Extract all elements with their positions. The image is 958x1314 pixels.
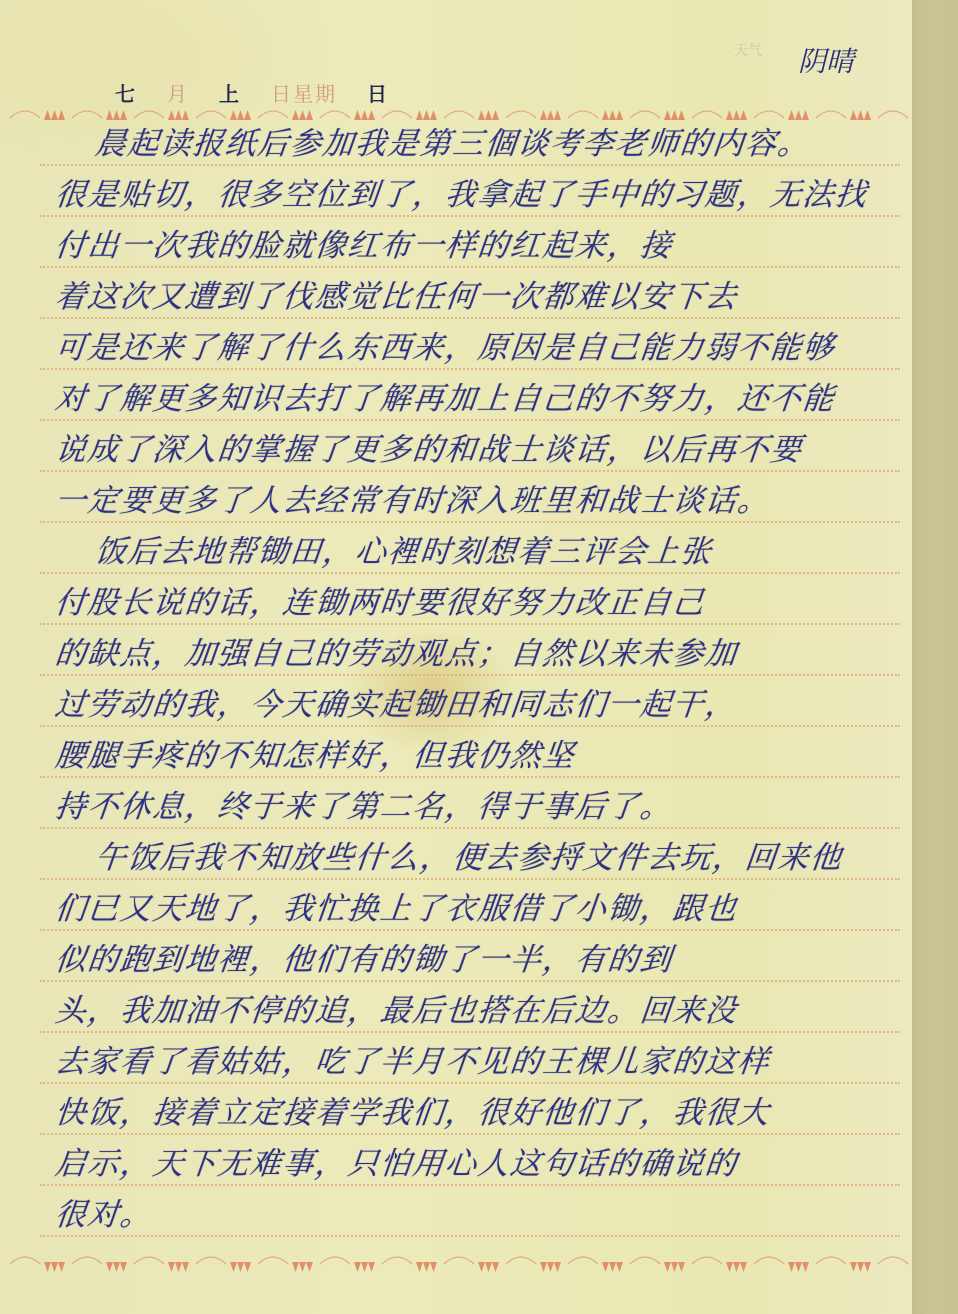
- ruled-line: [40, 521, 900, 523]
- ruled-line: [40, 164, 900, 166]
- weather-label: 天气: [734, 40, 762, 60]
- handwritten-line: 快饭，接着立定接着学我们，很好他们了，我很大: [53, 1093, 917, 1133]
- ruled-line: [40, 1184, 900, 1186]
- ruled-line: [40, 470, 900, 472]
- ruled-line: [40, 827, 900, 829]
- handwritten-line: 启示，天下无难事，只怕用心人这句话的确说的: [53, 1144, 917, 1184]
- handwritten-line: 晨起读报纸后参加我是第三個谈考李老师的内容。: [53, 124, 957, 164]
- next-page-edge: [912, 0, 958, 1314]
- handwritten-line: 头，我加油不停的追，最后也搭在后边。回来没: [53, 991, 917, 1031]
- handwritten-line: 饭后去地帮锄田，心裡时刻想着三评会上张: [53, 532, 957, 572]
- ruled-line: [40, 572, 900, 574]
- diary-page: 七 月 上 日星期 日 天气 阴晴 晨起读报纸后参加我是第三個谈考李老师的内容。…: [0, 0, 912, 1314]
- ruled-line: [40, 878, 900, 880]
- handwritten-line: 去家看了看姑姑，吃了半月不见的王棵儿家的这样: [53, 1042, 917, 1082]
- handwritten-line: 午饭后我不知放些什么，便去参捋文件去玩，回来他: [53, 838, 957, 878]
- handwritten-line: 对了解更多知识去打了解再加上自己的不努力，还不能: [53, 379, 917, 419]
- ruled-line: [40, 368, 900, 370]
- handwritten-line: 很对。: [53, 1195, 917, 1235]
- handwritten-line: 可是还来了解了什么东西来，原因是自己能力弱不能够: [53, 328, 917, 368]
- ruled-line: [40, 980, 900, 982]
- ruled-line: [40, 266, 900, 268]
- handwritten-line: 付股长说的话，连锄两时要很好努力改正自己: [53, 583, 917, 623]
- handwritten-line: 一定要更多了人去经常有时深入班里和战士谈话。: [53, 481, 917, 521]
- ruled-line: [40, 1133, 900, 1135]
- handwritten-line: 很是贴切，很多空位到了，我拿起了手中的习题，无法找: [53, 175, 917, 215]
- handwritten-line: 腰腿手疼的不知怎样好，但我仍然坚: [53, 736, 917, 776]
- top-ornament-border: [0, 78, 912, 100]
- handwritten-line: 们已又天地了，我忙换上了衣服借了小锄，跟也: [53, 889, 917, 929]
- weather-entry: 阴晴: [798, 40, 854, 80]
- ruled-line: [40, 1082, 900, 1084]
- ruled-line: [40, 623, 900, 625]
- handwritten-line: 过劳动的我，今天确实起锄田和同志们一起干，: [53, 685, 917, 725]
- bottom-ornament-border: [0, 1250, 912, 1272]
- ruled-line: [40, 725, 900, 727]
- handwritten-line: 的缺点，加强自己的劳动观点；自然以来未参加: [53, 634, 917, 674]
- handwritten-line: 持不休息，终于来了第二名，得于事后了。: [53, 787, 917, 827]
- ruled-line: [40, 1031, 900, 1033]
- ruled-line: [40, 317, 900, 319]
- handwritten-line: 说成了深入的掌握了更多的和战士谈话，以后再不要: [53, 430, 917, 470]
- ruled-line: [40, 1235, 900, 1237]
- ruled-line: [40, 674, 900, 676]
- ruled-line: [40, 215, 900, 217]
- ruled-line: [40, 776, 900, 778]
- ruled-line: [40, 419, 900, 421]
- handwritten-line: 付出一次我的脸就像红布一样的红起来，接: [53, 226, 917, 266]
- handwritten-line: 着这次又遭到了伐感觉比任何一次都难以安下去: [53, 277, 917, 317]
- handwritten-line: 似的跑到地裡，他们有的锄了一半，有的到: [53, 940, 917, 980]
- ruled-line: [40, 929, 900, 931]
